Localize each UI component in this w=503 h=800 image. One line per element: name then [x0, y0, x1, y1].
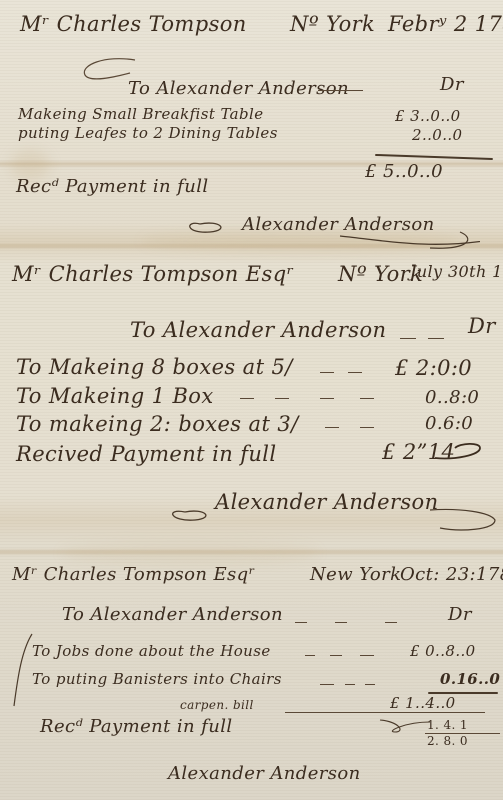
- payee-line: To Alexander Anderson: [62, 604, 283, 625]
- leader-dash: [320, 372, 334, 373]
- leader-dash: [345, 684, 355, 685]
- debit-mark: Dr: [440, 74, 464, 95]
- debit-mark: Dr: [448, 604, 472, 625]
- leader-dash: [385, 622, 397, 623]
- paper-fold: [0, 548, 503, 556]
- leader-dash: [325, 427, 339, 428]
- line-item-description: To Makeing 1 Box: [16, 384, 214, 408]
- total-flourish-icon: [430, 440, 490, 465]
- leader-dash: [320, 684, 334, 685]
- line-item-description: Makeing Small Breakfist Table: [18, 105, 264, 123]
- total-rule: [375, 154, 493, 160]
- line-item-amount: 0.6:0: [425, 413, 473, 434]
- place: Nº York: [290, 12, 375, 36]
- leader-dash: [330, 655, 342, 656]
- line-item-description: puting Leafes to 2 Dining Tables: [18, 124, 278, 142]
- leader-dash: [360, 398, 374, 399]
- line-item-description: To makeing 2: boxes at 3/: [16, 412, 299, 436]
- signature: Alexander Anderson: [242, 214, 435, 235]
- line-item-description: To puting Banisters into Chairs: [32, 670, 282, 688]
- payee-line: To Alexander Anderson: [128, 78, 349, 99]
- leader-dash: [240, 398, 254, 399]
- recipient-name: Mʳ Charles Tompson Esqʳ: [12, 564, 255, 585]
- leader-dash: [360, 655, 374, 656]
- signature: Alexander Anderson: [215, 490, 439, 514]
- leader-dash: [365, 684, 375, 685]
- leader-dash: [320, 398, 334, 399]
- line-item-amount: £ 0..8..0: [410, 642, 476, 660]
- line-item-amount: 0.16..0: [440, 670, 500, 688]
- manuscript-page: Mʳ Charles Tompson Nº York Febrʸ 2 1786 …: [0, 0, 503, 800]
- receipt-line: Recived Payment in full: [16, 442, 277, 466]
- leader-dash: [305, 655, 315, 656]
- leader-dash: [295, 622, 307, 623]
- extra-amount-line: 2. 8. 0: [427, 734, 468, 748]
- leader-dash: [360, 427, 374, 428]
- annotation: carpen. bill: [180, 698, 254, 712]
- total-amount: £ 5..0..0: [365, 161, 443, 182]
- recipient-name: Mʳ Charles Tompson Esqʳ: [12, 262, 294, 286]
- payee-line: To Alexander Anderson: [130, 318, 386, 342]
- leader-dash: [428, 338, 444, 339]
- recipient-name: Mʳ Charles Tompson: [20, 12, 247, 36]
- leader-dash: [335, 622, 347, 623]
- date: July 30th 1786: [410, 262, 503, 281]
- date: Oct: 23:1786: [400, 564, 503, 585]
- line-item-description: To Jobs done about the House: [32, 642, 271, 660]
- line-item-amount: £ 3..0..0: [395, 107, 461, 125]
- ruled-line: [285, 712, 485, 713]
- receipt-line: Recᵈ Payment in full: [16, 176, 209, 197]
- receipt-line: Recᵈ Payment in full: [40, 716, 233, 737]
- debit-mark: Dr: [468, 314, 496, 338]
- line-item-description: To Makeing 8 boxes at 5/: [16, 355, 293, 379]
- leader-dash: [318, 90, 363, 91]
- leader-dash: [348, 372, 362, 373]
- date: Febrʸ 2 1786: [388, 12, 503, 36]
- extra-amount-line: 1. 4. 1: [427, 718, 468, 732]
- line-item-amount: 2..0..0: [412, 126, 463, 144]
- leader-dash: [275, 398, 289, 399]
- leader-dash: [400, 338, 416, 339]
- place: New York: [310, 564, 401, 585]
- subtotal-amount: £ 1..4..0: [390, 694, 456, 712]
- signature: Alexander Anderson: [168, 763, 361, 784]
- line-item-amount: 0..8:0: [425, 387, 479, 408]
- line-item-amount: £ 2:0:0: [395, 356, 472, 380]
